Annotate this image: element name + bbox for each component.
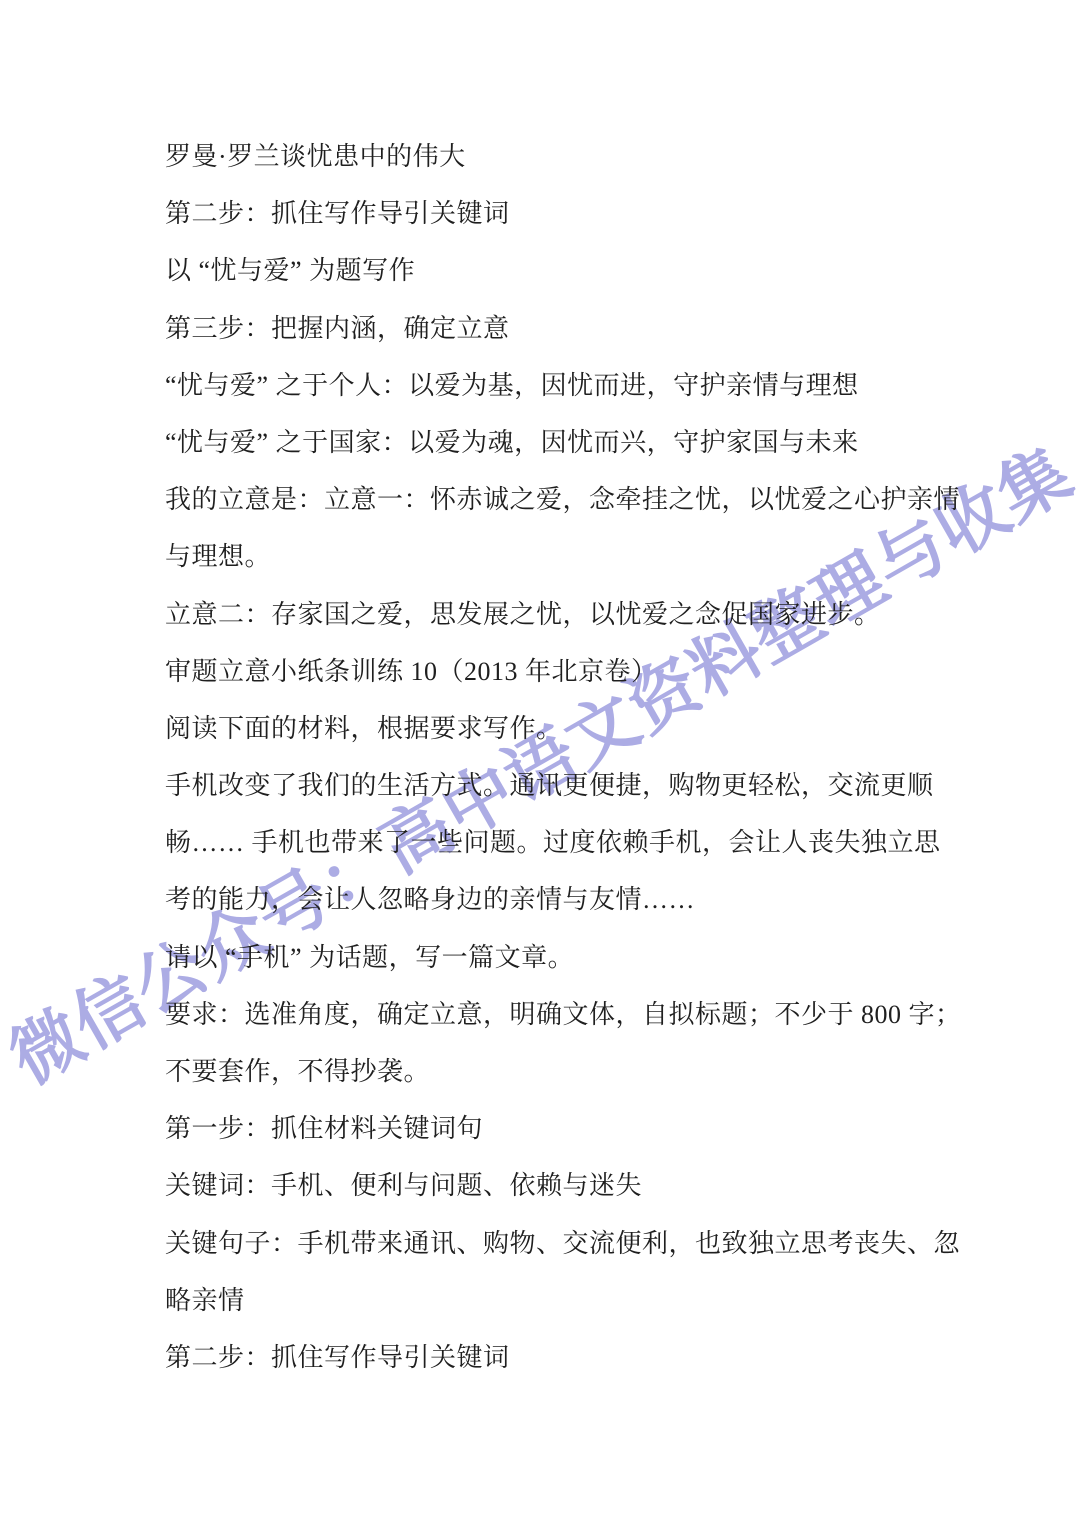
document-line: “忧与爱” 之于国家：以爱为魂，因忧而兴，守护家国与未来 [165,414,965,471]
document-line: 审题立意小纸条训练 10（2013 年北京卷） [165,643,965,700]
document-line: 我的立意是：立意一：怀赤诚之爱，念牵挂之忧，以忧爱之心护亲情 [165,471,965,528]
document-line: 罗曼·罗兰谈忧患中的伟大 [165,128,965,185]
document-line: 要求：选准角度，确定立意，明确文体，自拟标题；不少于 800 字； [165,986,965,1043]
document-line: 阅读下面的材料，根据要求写作。 [165,700,965,757]
document-line: 立意二：存家国之爱，思发展之忧，以忧爱之念促国家进步。 [165,586,965,643]
document-body: 罗曼·罗兰谈忧患中的伟大第二步：抓住写作导引关键词以 “忧与爱” 为题写作第三步… [165,128,965,1386]
document-page: 微信公众号：高中语文资料整理与收集 罗曼·罗兰谈忧患中的伟大第二步：抓住写作导引… [0,0,1080,1528]
document-line: 请以 “手机” 为话题，写一篇文章。 [165,929,965,986]
document-line: 手机改变了我们的生活方式。通讯更便捷，购物更轻松，交流更顺 [165,757,965,814]
document-line: 畅…… 手机也带来了一些问题。过度依赖手机，会让人丧失独立思 [165,814,965,871]
document-line: 第二步：抓住写作导引关键词 [165,1329,965,1386]
document-line: 第三步：把握内涵，确定立意 [165,300,965,357]
document-line: 略亲情 [165,1272,965,1329]
document-line: “忧与爱” 之于个人：以爱为基，因忧而进，守护亲情与理想 [165,357,965,414]
document-line: 第一步：抓住材料关键词句 [165,1100,965,1157]
document-line: 考的能力，会让人忽略身边的亲情与友情…… [165,871,965,928]
document-line: 以 “忧与爱” 为题写作 [165,242,965,299]
document-line: 不要套作，不得抄袭。 [165,1043,965,1100]
document-line: 关键句子：手机带来通讯、购物、交流便利，也致独立思考丧失、忽 [165,1215,965,1272]
document-line: 关键词：手机、便利与问题、依赖与迷失 [165,1157,965,1214]
document-line: 与理想。 [165,528,965,585]
document-line: 第二步：抓住写作导引关键词 [165,185,965,242]
